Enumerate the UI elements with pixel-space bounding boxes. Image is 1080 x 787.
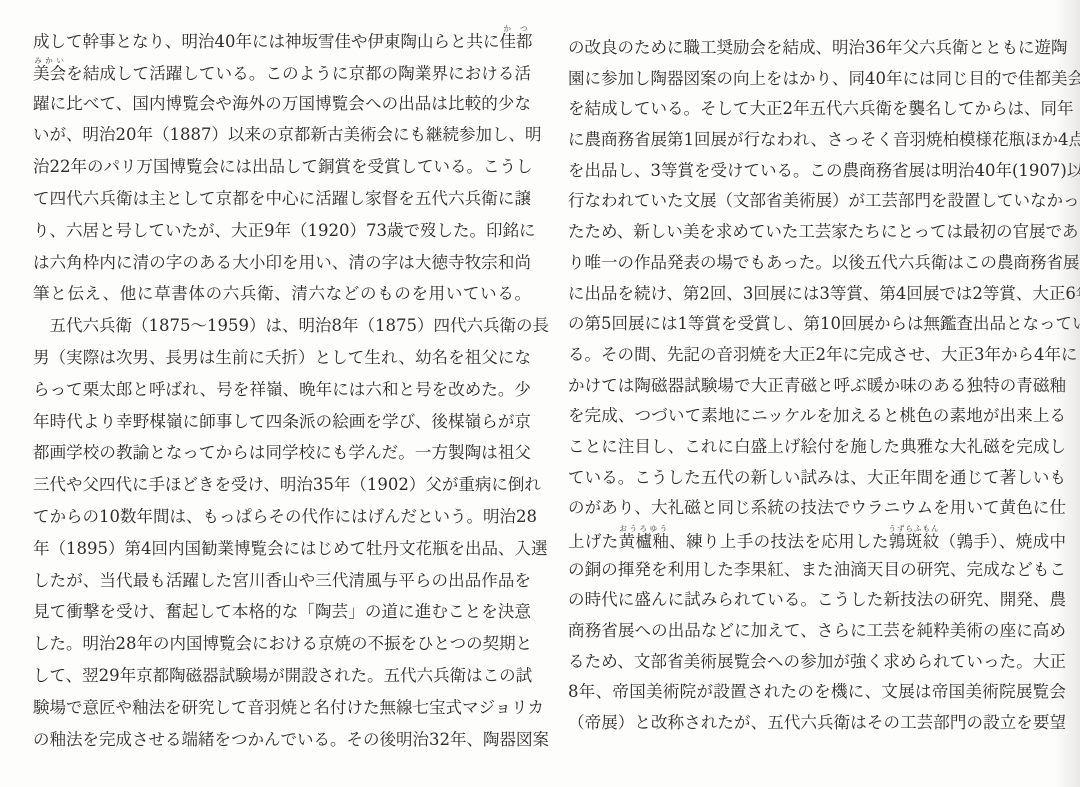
text-line: 年（1895）第4回内国勧業博覧会にはじめて牡丹文花瓶を出品、入選 [33,533,531,565]
text-line: 見て衝撃を受け、奮起して本格的な「陶芸」の道に進むことを決意 [33,596,531,628]
furigana-annotation: 美会みかい [33,64,66,83]
text-line: は六角枠内に清の字のある大小印を用い、清の字は大徳寺牧宗和尚 [33,247,531,279]
text-line: 商務省展への出品などに加えて、さらに工芸を純粋美術の座に高め [568,616,1066,647]
text-line: した。明治28年の内国博覧会における京焼の不振をひとつの契期と [33,628,531,660]
text-line: り唯一の作品発表の場でもあった。以後五代六兵衛はこの農商務省展 [568,248,1066,279]
text-line: 美会みかいを結成して活躍している。このように京都の陶業界における活 [33,56,531,88]
page: 成して幹事となり、明治40年には神坂雪佳や伊東陶山らと共に佳都かつ美会みかいを結… [0,0,1080,787]
text-line: 行なわれていた文展（文部省美術展）が工芸部門を設置していなかっ [568,186,1066,217]
text-line: るため、文部省美術展覧会への参加が強く求められていった。大正 [568,647,1066,678]
text-line: 躍に比べて、国内博覧会や海外の万国博覧会への出品は比較的少な [33,88,531,120]
text-body: 成して幹事となり、明治40年には神坂雪佳や伊東陶山らと共に佳都かつ美会みかいを結… [33,24,1066,755]
text-line: を完成、つづいて素地にニッケルを加えると桃色の素地が出来上る [568,401,1066,432]
furigana-annotation: 黄櫨釉おうろゆう [619,532,670,551]
text-line: に農商務省展第1回展が行なわれ、さっそく音羽焼柏模様花瓶ほか4点 [568,125,1066,156]
text-line: 男（実際は次男、長男は生前に夭折）として生れ、幼名を祖父にな [33,342,531,374]
text-line: 年時代より幸野楳嶺に師事して四条派の絵画を学び、後楳嶺らが京 [33,406,531,438]
text-line: てからの10数年間は、もっぱらその代作にはげんだという。明治28 [33,501,531,533]
furigana-annotation: 鶉斑紋うずらふもん [889,532,940,551]
text-line: り、六居と号していたが、大正9年（1920）73歳で歿した。印銘に [33,215,531,247]
text-line: （帝展）と改称されたが、五代六兵衛はその工芸部門の設立を要望 [568,708,1066,739]
text-line: ことに注目し、これに白盛上げ絵付を施した典雅な大礼磁を完成し [568,432,1066,463]
text-line: 三代や父四代に手ほどきを受け、明治35年（1902）父が重病に倒れ [33,469,531,501]
text-line: 園に参加し陶器図案の向上をはかり、同40年には同じ目的で佳都美会 [568,64,1066,95]
text-line: いが、明治20年（1887）以来の京都新古美術会にも継続参加し、明 [33,119,531,151]
text-line: 都画学校の教諭となってからは同学校にも学んだ。一方製陶は祖父 [33,437,531,469]
text-line: ている。こうした五代の新しい試みは、大正年間を通じて著しいも [568,463,1066,494]
text-line: かけては陶磁器試験場で大正青磁と呼ぶ暖か味のある独特の青磁釉 [568,371,1066,402]
text-line: に出品を続け、第2回、3回展には3等賞、第4回展では2等賞、大正6年 [568,279,1066,310]
text-line: 験場で意匠や釉法を研究して音羽焼と名付けた無線七宝式マジョリカ [33,692,531,724]
text-line: 8年、帝国美術院が設置されたのを機に、文展は帝国美術院展覧会 [568,677,1066,708]
text-line: たため、新しい美を求めていた工芸家たちにとっては最初の官展であ [568,217,1066,248]
text-line: 筆と伝え、他に草書体の六兵衛、清六などのものを用いている。 [33,278,531,310]
left-column: 成して幹事となり、明治40年には神坂雪佳や伊東陶山らと共に佳都かつ美会みかいを結… [33,24,531,755]
text-line: る。その間、先記の音羽焼を大正2年に完成させ、大正3年から4年に [568,340,1066,371]
text-line: を結成している。そして大正2年五代六兵衛を襲名してからは、同年 [568,94,1066,125]
text-line: のがあり、大礼磁と同じ系統の技法でウラニウムを用いて黄色に仕 [568,493,1066,524]
text-line: らって栗太郎と呼ばれ、号を祥嶺、晩年には六和と号を改めた。少 [33,374,531,406]
text-line: の改良のために職工奨励会を結成、明治36年父六兵衛とともに遊陶 [568,33,1066,64]
right-column: の改良のために職工奨励会を結成、明治36年父六兵衛とともに遊陶園に参加し陶器図案… [568,33,1066,755]
furigana-annotation: 佳都かつ [500,32,533,51]
text-line: 上げた黄櫨釉おうろゆう、練り上手の技法を応用した鶉斑紋うずらふもん（鶉手）、焼成… [568,524,1066,555]
text-line: 成して幹事となり、明治40年には神坂雪佳や伊東陶山らと共に佳都かつ [33,24,531,56]
text-line: て四代六兵衛は主として京都を中心に活躍し家督を五代六兵衛に譲 [33,183,531,215]
text-line: 五代六兵衛（1875～1959）は、明治8年（1875）四代六兵衛の長 [33,310,531,342]
text-line: の第5回展には1等賞を受賞し、第10回展からは無鑑査出品となってい [568,309,1066,340]
text-line: の釉法を完成させる端緒をつかんでいる。その後明治32年、陶器図案 [33,724,531,756]
text-line: の時代に盛んに試みられている。こうした新技法の研究、開発、農 [568,585,1066,616]
text-line: 治22年のパリ万国博覧会には出品して銅賞を受賞している。こうし [33,151,531,183]
text-line: を出品し、3等賞を受けている。この農商務省展は明治40年(1907)以来 [568,156,1066,187]
text-line: して、翌29年京都陶磁器試験場が開設された。五代六兵衛はこの試 [33,660,531,692]
text-line: の銅の揮発を利用した李果紅、また油滴天目の研究、完成などもこ [568,555,1066,586]
text-line: したが、当代最も活躍した宮川香山や三代清風与平らの出品作品を [33,565,531,597]
